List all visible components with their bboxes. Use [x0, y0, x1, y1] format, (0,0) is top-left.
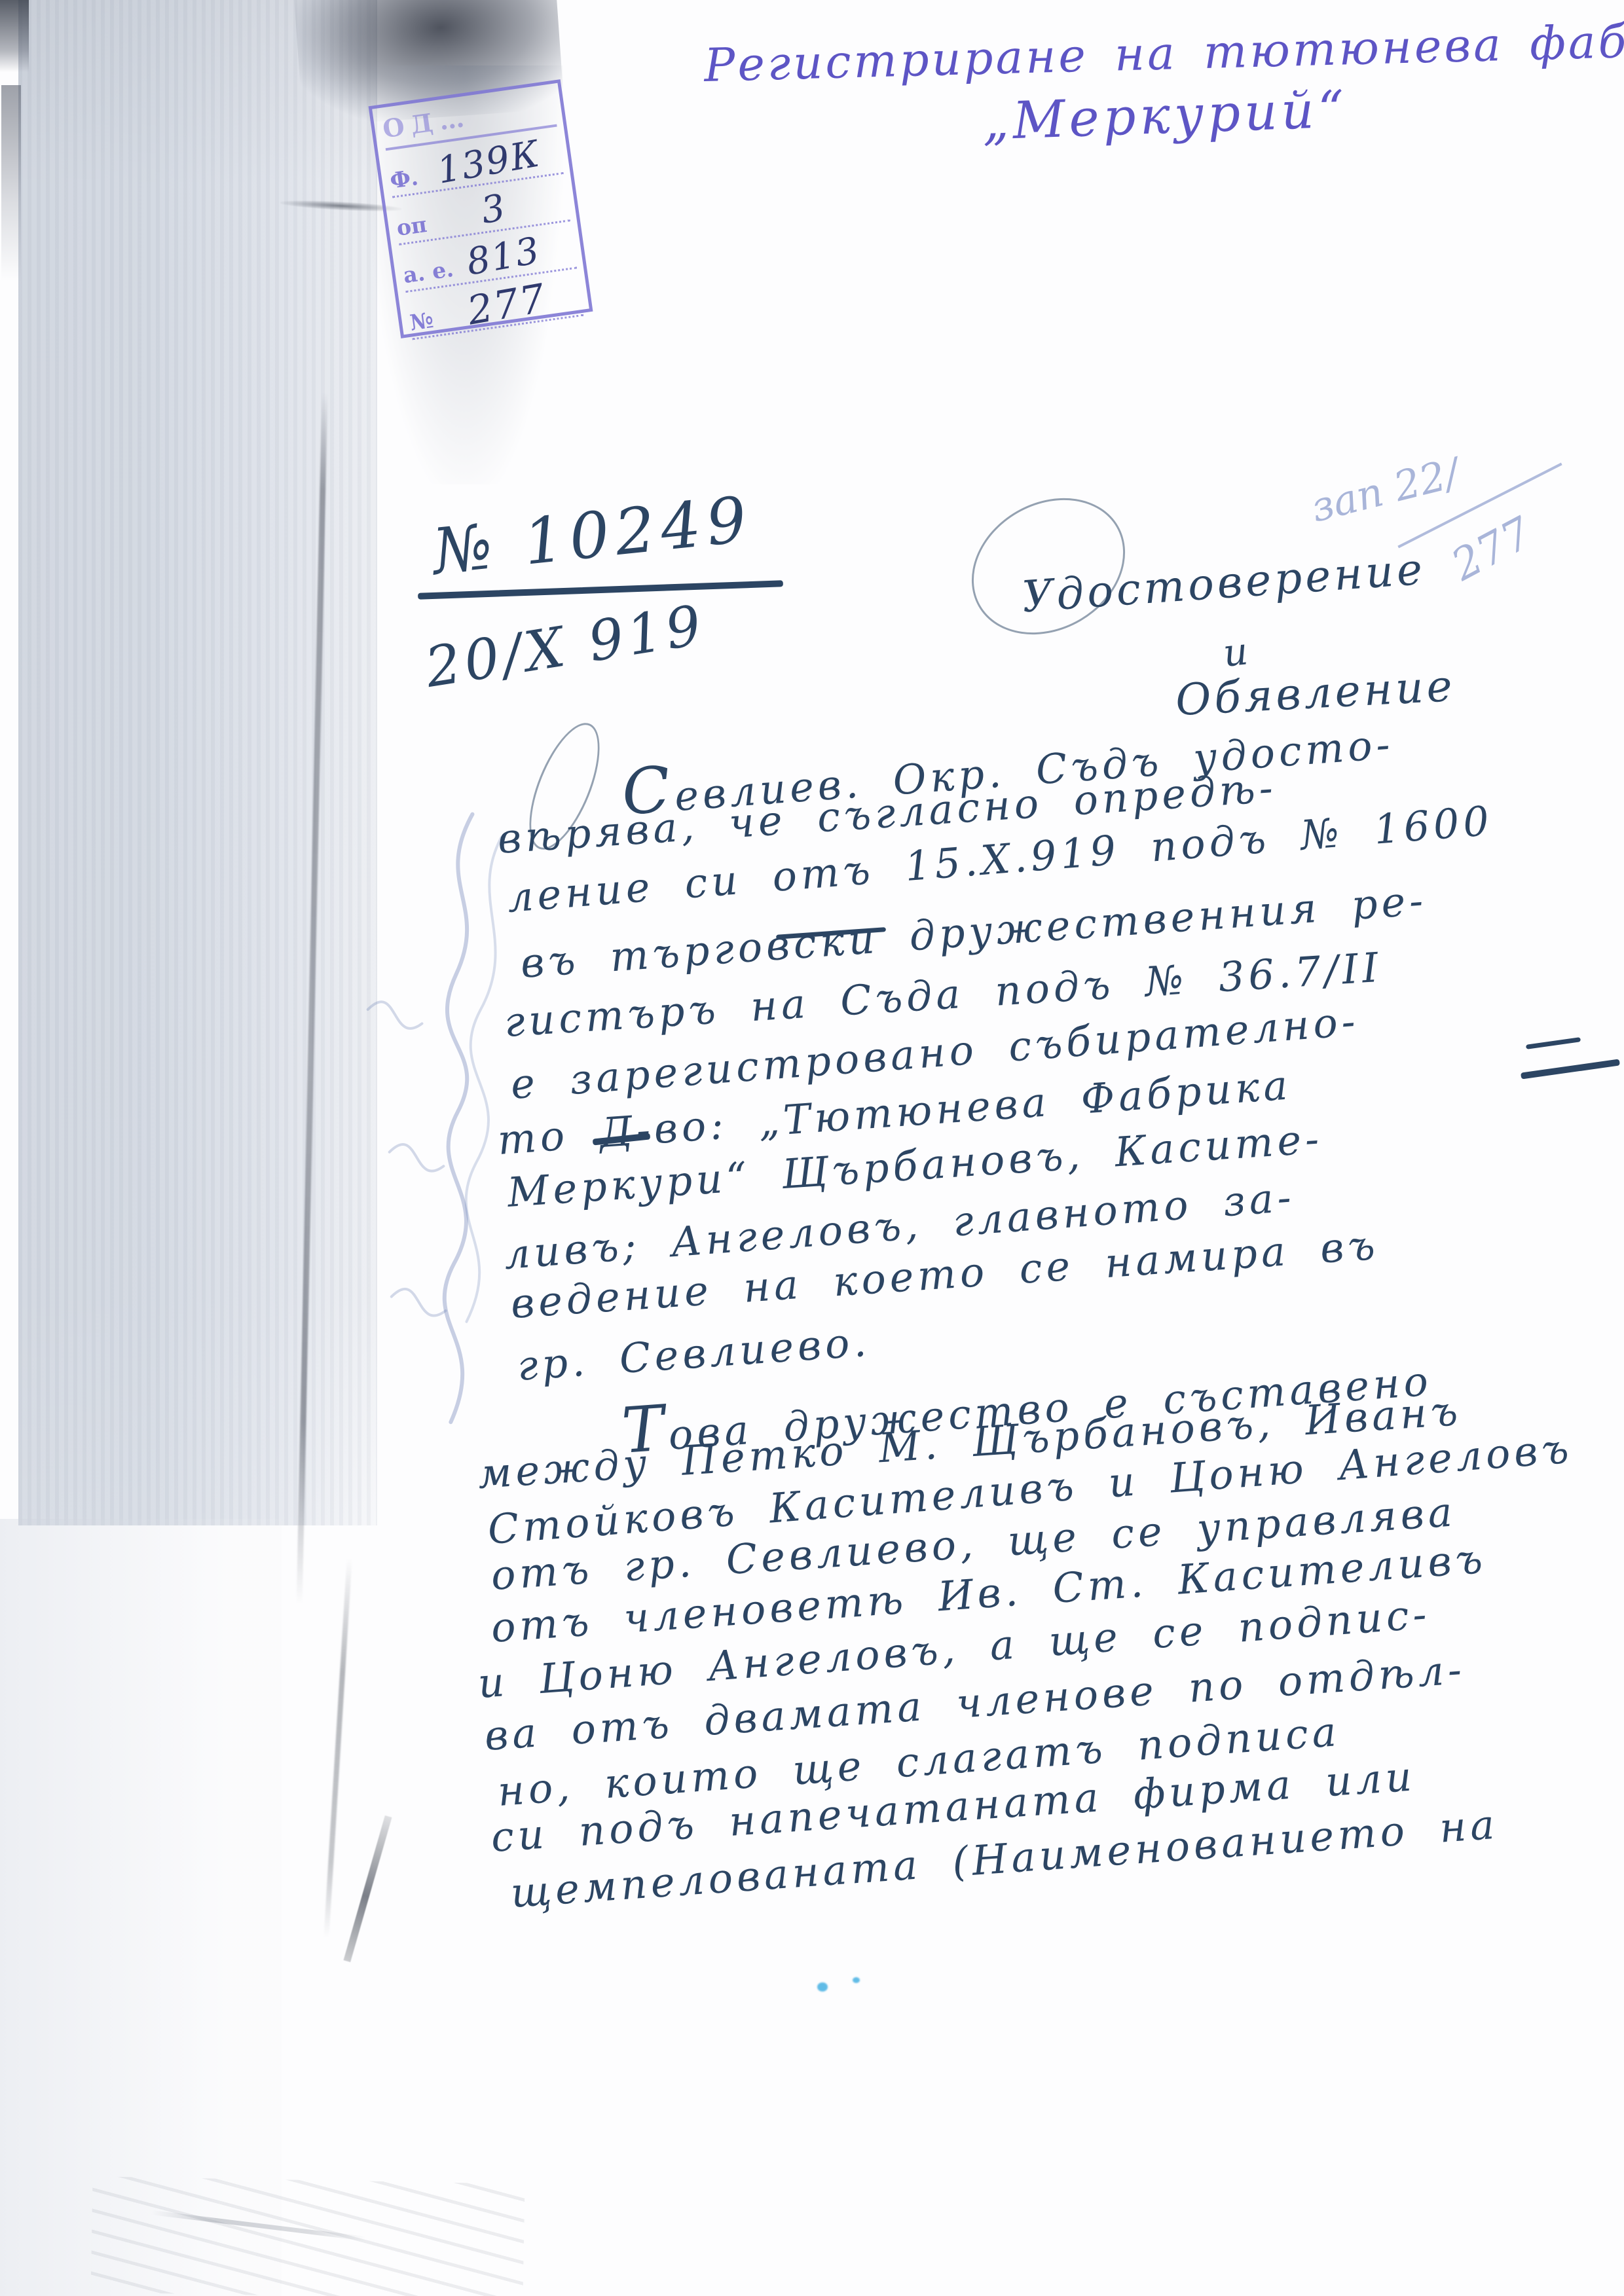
header-annotation-line1: Регистриране на тютюнева фабрика — [703, 11, 1624, 92]
stamp-label-ae: а. е. — [401, 254, 456, 291]
header-annotation-line2: „Меркурий“ — [982, 80, 1349, 151]
scan-corner-mark — [1, 85, 21, 282]
archive-stamp: ОД… Ф. 139К оп 3 а. е. 813 № 277 — [369, 79, 593, 338]
ink-speck — [853, 1977, 860, 1983]
stamp-label-number: № — [408, 302, 460, 338]
registration-number: № 10249 — [429, 483, 756, 589]
paper-crease-lower — [323, 1558, 352, 1937]
stamp-label-fond: Ф. — [388, 160, 441, 196]
scan-corner-mark — [0, 0, 29, 72]
scanned-document-page: Регистриране на тютюнева фабрика „Меркур… — [0, 0, 1624, 2296]
pencil-note-2: 277 — [1443, 507, 1540, 591]
scan-bottom-streaks — [91, 2176, 525, 2296]
scan-shadow-band — [18, 0, 377, 1525]
paper-crease-stroke — [344, 1815, 392, 1962]
stamp-label-opis: оп — [395, 207, 447, 244]
ink-speck — [817, 1982, 828, 1992]
underline-register-number-stroke — [1526, 1037, 1581, 1049]
pencil-note-1: зап 22/ — [1306, 448, 1464, 532]
registration-date: 20/X 919 — [421, 592, 709, 700]
stamp-value-opis: 3 — [441, 188, 509, 238]
title-line2: и — [1221, 629, 1250, 676]
underline-register-number-stroke — [1521, 1059, 1620, 1079]
